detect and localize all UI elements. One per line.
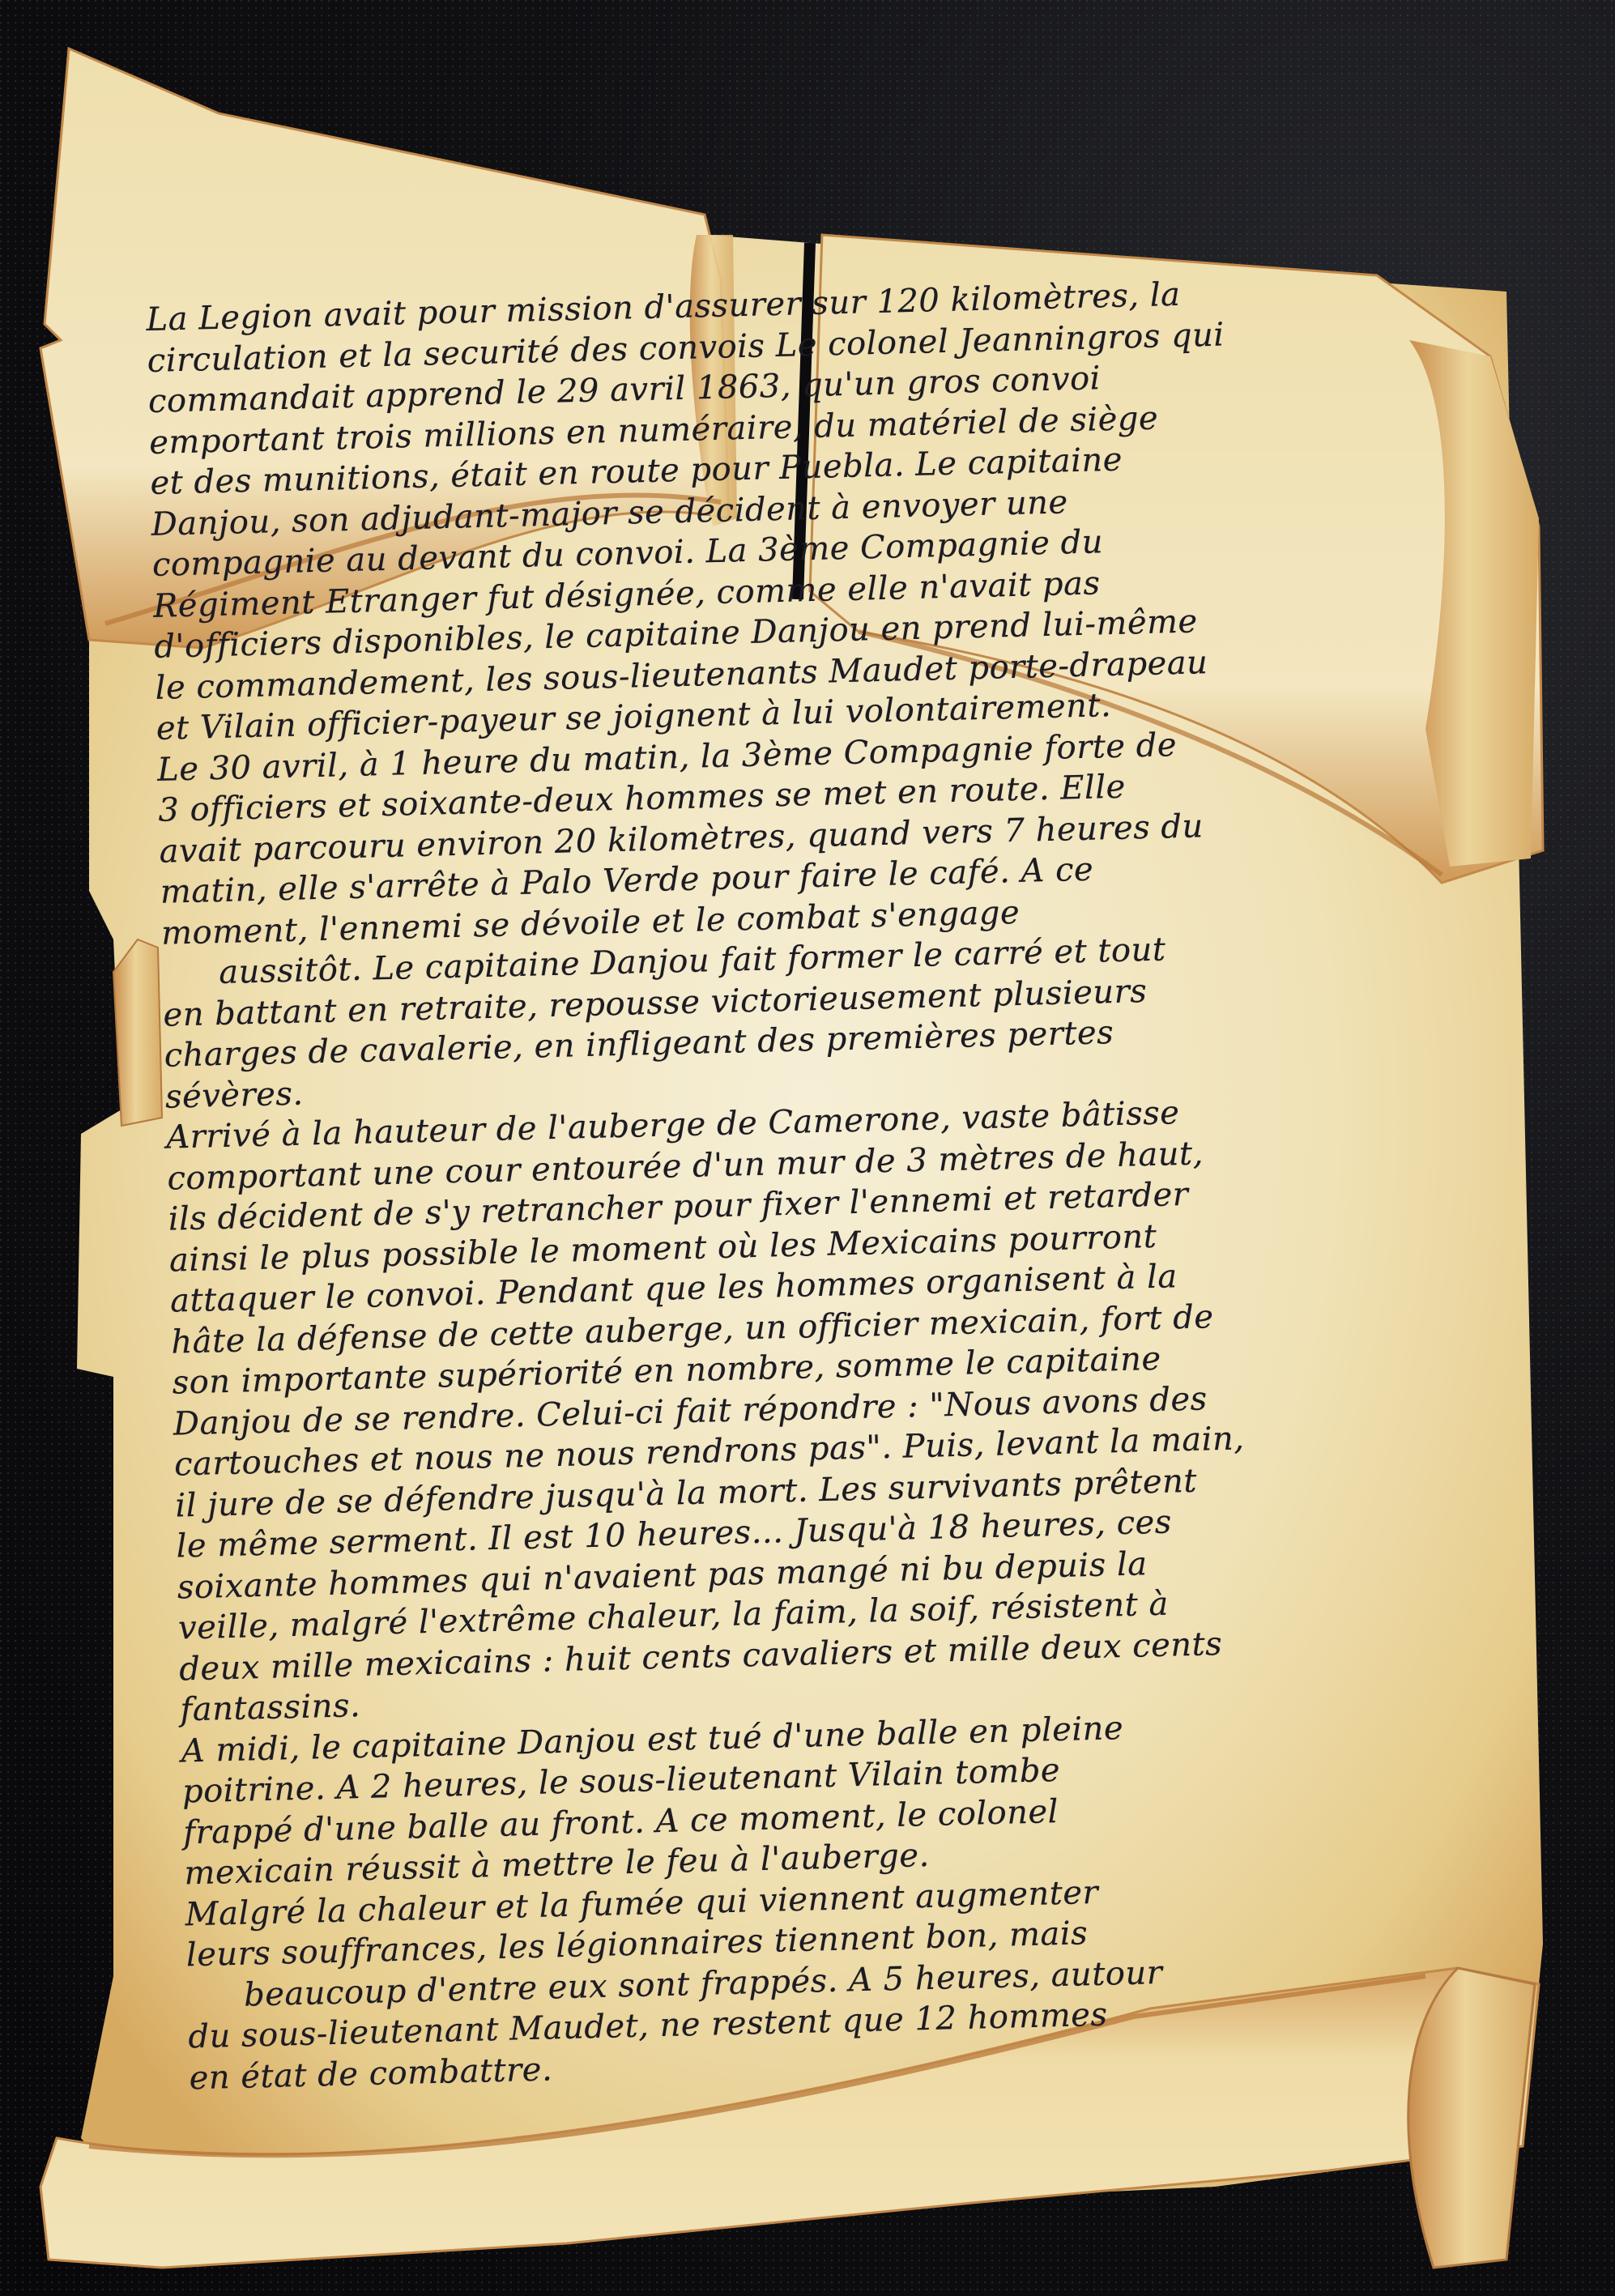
left-side-fold <box>113 939 162 1126</box>
handwritten-text: La Legion avait pour mission d'assurer s… <box>146 266 1566 2098</box>
